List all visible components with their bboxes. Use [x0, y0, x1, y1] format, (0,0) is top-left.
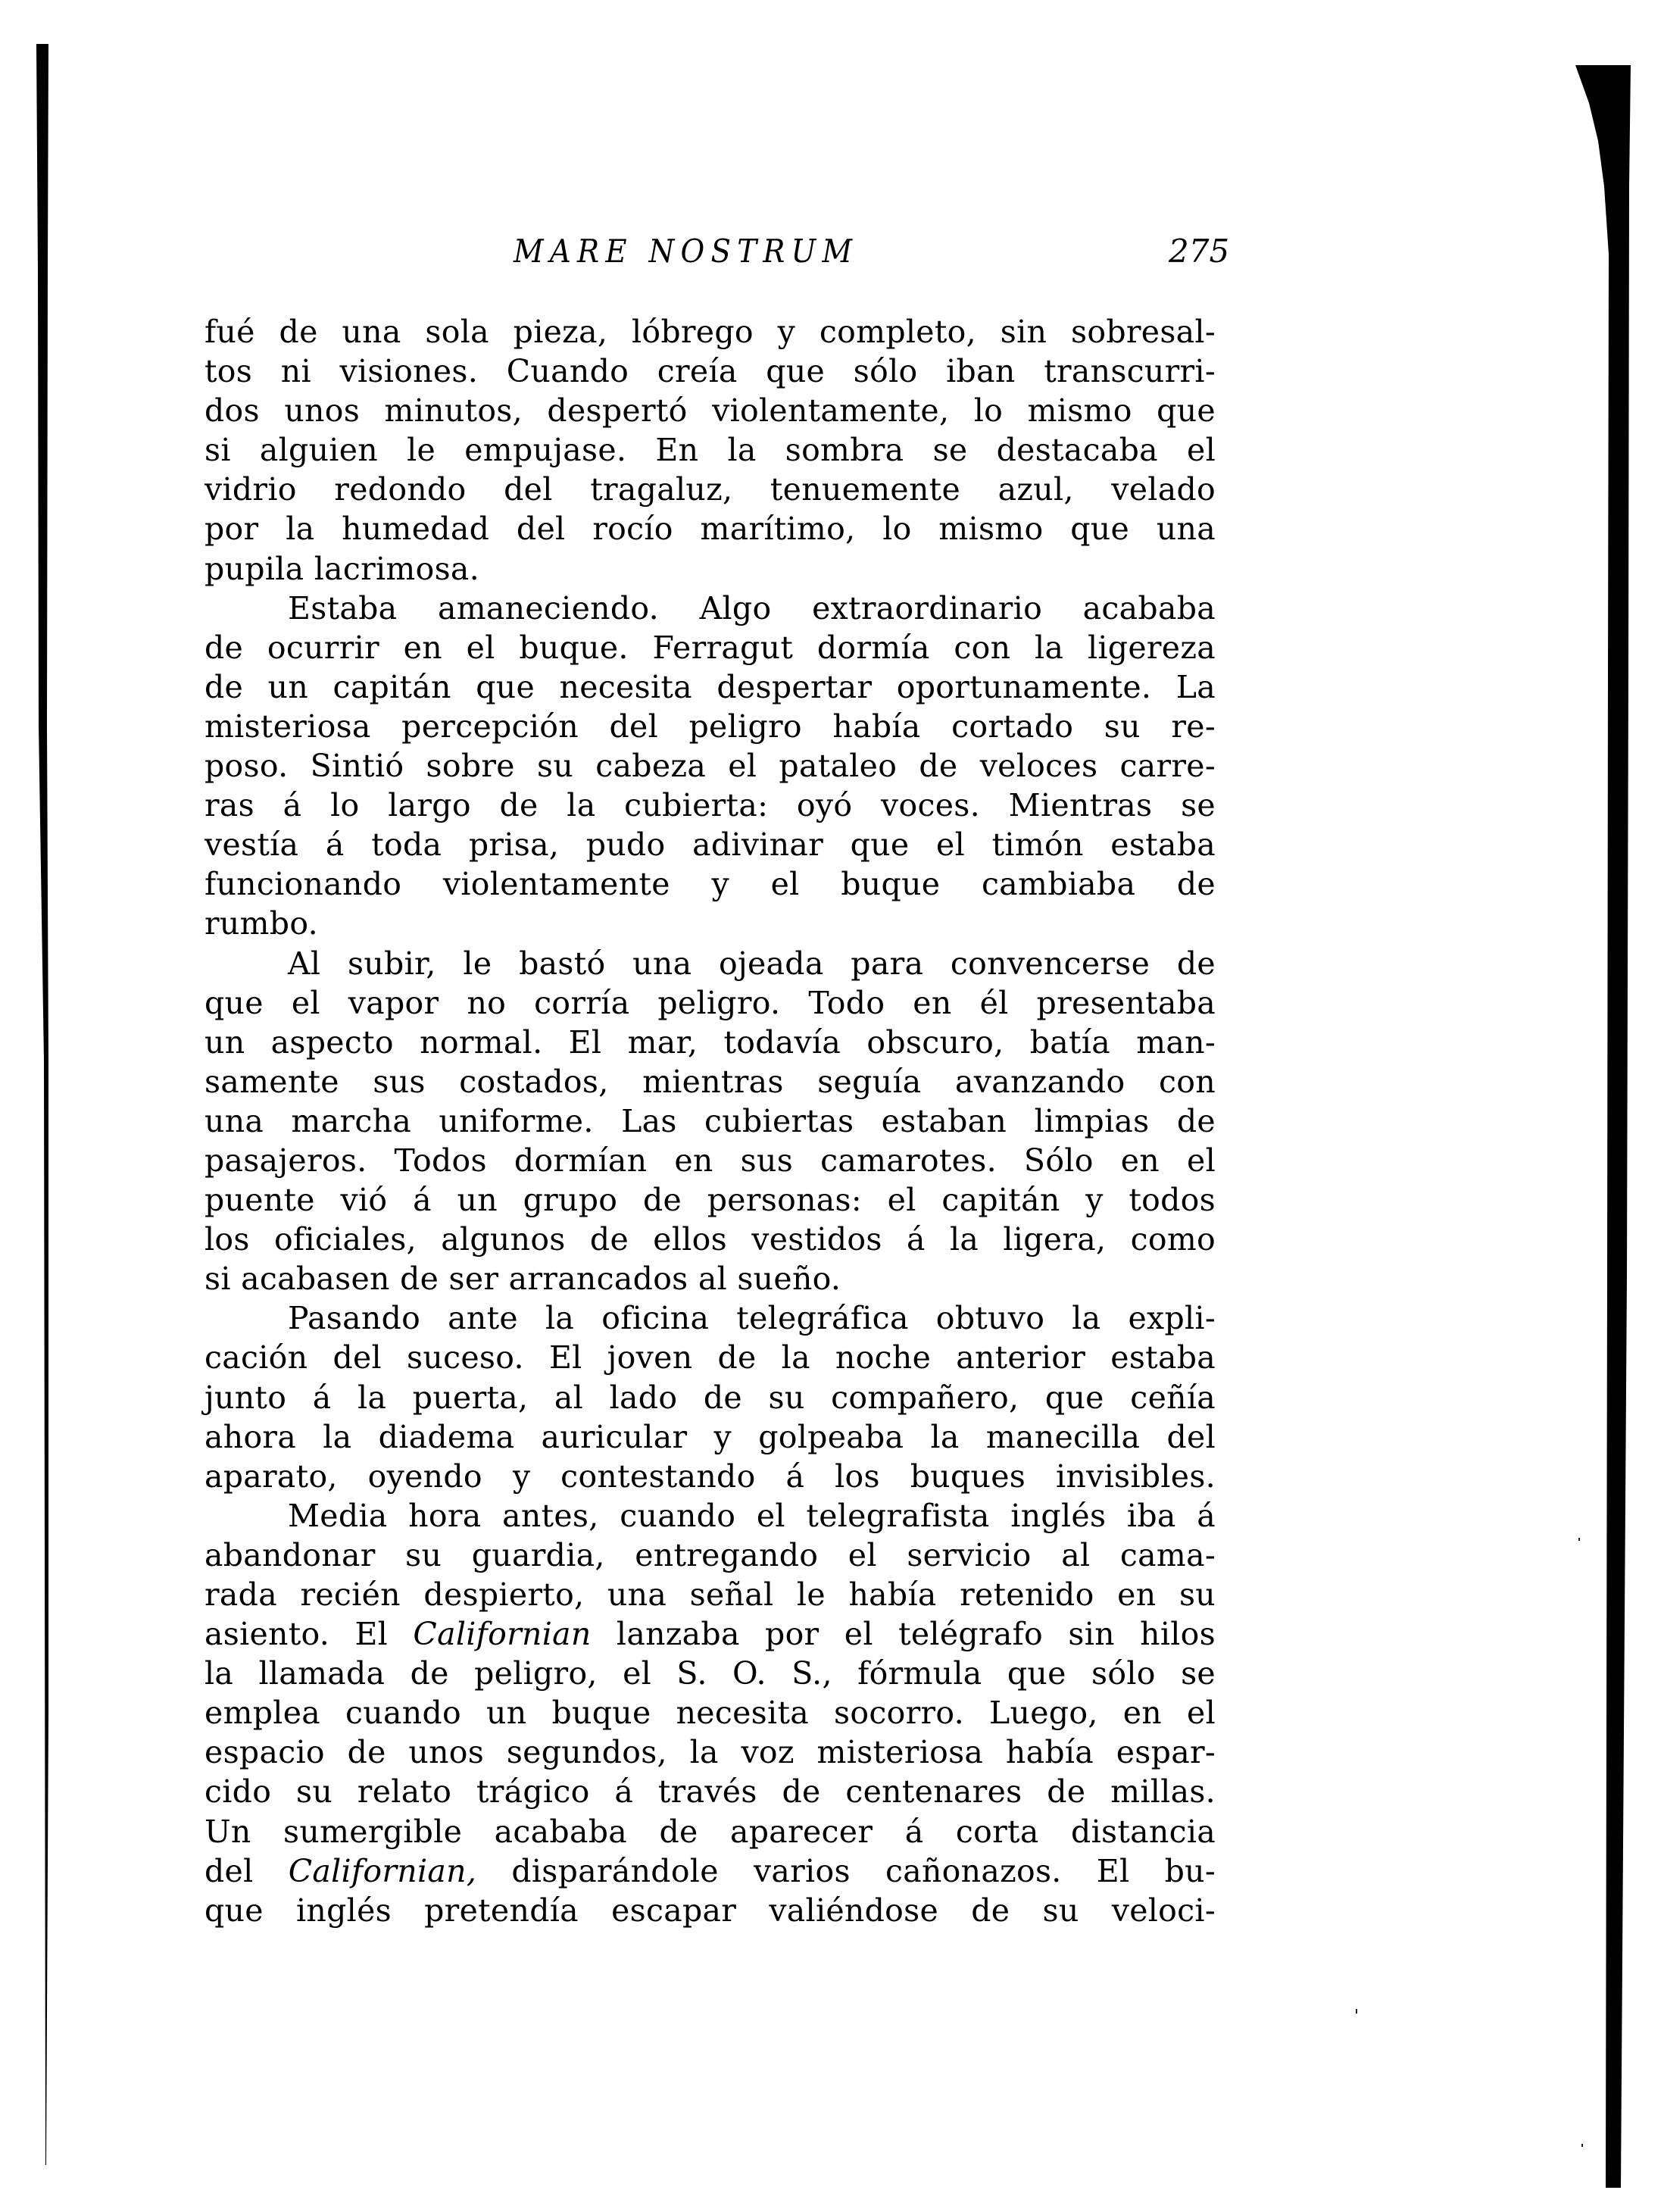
text-line: cido su relato trágico á través de cente… — [204, 1772, 1216, 1811]
text-line: un aspecto normal. El mar, todavía obscu… — [204, 1023, 1216, 1062]
text-line: Media hora antes, cuando el telegrafista… — [204, 1496, 1216, 1536]
text-line: espacio de unos segundos, la voz misteri… — [204, 1732, 1216, 1772]
scan-speck — [1581, 2144, 1583, 2147]
text-line: asiento. El Californian lanzaba por el t… — [204, 1614, 1216, 1654]
text-line: junto á la puerta, al lado de su compañe… — [204, 1378, 1216, 1417]
text-line: dos unos minutos, despertó violentamente… — [204, 391, 1216, 430]
page-edge-left — [36, 44, 48, 2165]
text-line: si alguien le empujase. En la sombra se … — [204, 430, 1216, 470]
text-line: rumbo. — [204, 904, 1216, 943]
text-line: samente sus costados, mientras seguía av… — [204, 1062, 1216, 1101]
text-line: por la humedad del rocío marítimo, lo mi… — [204, 509, 1216, 548]
scan-speck — [1356, 2009, 1357, 2014]
ship-name: Californian, — [289, 1853, 477, 1889]
page-edge-right — [1574, 65, 1634, 2189]
text-line: una marcha uniforme. Las cubiertas estab… — [204, 1101, 1216, 1141]
body-text: fué de una sola pieza, lóbrego y complet… — [204, 312, 1216, 1930]
text-line: abandonar su guardia, entregando el serv… — [204, 1536, 1216, 1575]
text-line: si acabasen de ser arrancados al sueño. — [204, 1259, 1216, 1298]
text-line: de ocurrir en el buque. Ferragut dormía … — [204, 628, 1216, 667]
running-head: MARE NOSTRUM 275 — [204, 227, 1219, 273]
text-line: puente vió á un grupo de personas: el ca… — [204, 1180, 1216, 1220]
text-line: que el vapor no corría peligro. Todo en … — [204, 983, 1216, 1023]
text-line: rada recién despierto, una señal le habí… — [204, 1575, 1216, 1614]
running-title: MARE NOSTRUM — [514, 233, 858, 270]
text-line: pasajeros. Todos dormían en sus camarote… — [204, 1141, 1216, 1180]
scan-speck — [1578, 1538, 1580, 1541]
text-line: tos ni visiones. Cuando creía que sólo i… — [204, 351, 1216, 391]
text-line: de un capitán que necesita despertar opo… — [204, 667, 1216, 707]
page-number: 275 — [1169, 233, 1229, 270]
text-line: Estaba amaneciendo. Algo extraordinario … — [204, 589, 1216, 628]
text-line: aparato, oyendo y contestando á los buqu… — [204, 1457, 1216, 1496]
text-line: vestía á toda prisa, pudo adivinar que e… — [204, 825, 1216, 864]
text-line: la llamada de peligro, el S. O. S., fórm… — [204, 1654, 1216, 1693]
text-line: ras á lo largo de la cubierta: oyó voces… — [204, 786, 1216, 825]
text-line: vidrio redondo del tragaluz, tenuemente … — [204, 470, 1216, 509]
text-line: los oficiales, algunos de ellos vestidos… — [204, 1220, 1216, 1259]
text-line: fué de una sola pieza, lóbrego y complet… — [204, 312, 1216, 351]
text-line: Al subir, le bastó una ojeada para conve… — [204, 944, 1216, 983]
text-line: emplea cuando un buque necesita socorro.… — [204, 1693, 1216, 1732]
text-line: poso. Sintió sobre su cabeza el pataleo … — [204, 746, 1216, 786]
text-line: que inglés pretendía escapar valiéndose … — [204, 1891, 1216, 1930]
text-line: misteriosa percepción del peligro había … — [204, 707, 1216, 746]
ship-name: Californian — [413, 1616, 591, 1652]
text-line: pupila lacrimosa. — [204, 549, 1216, 589]
text-line: Un sumergible acababa de aparecer á cort… — [204, 1812, 1216, 1851]
text-line: ahora la diadema auricular y golpeaba la… — [204, 1417, 1216, 1457]
text-line: cación del suceso. El joven de la noche … — [204, 1338, 1216, 1377]
text-line: del Californian, disparándole varios cañ… — [204, 1851, 1216, 1891]
text-line: Pasando ante la oficina telegráfica obtu… — [204, 1298, 1216, 1338]
text-line: funcionando violentamente y el buque cam… — [204, 864, 1216, 904]
